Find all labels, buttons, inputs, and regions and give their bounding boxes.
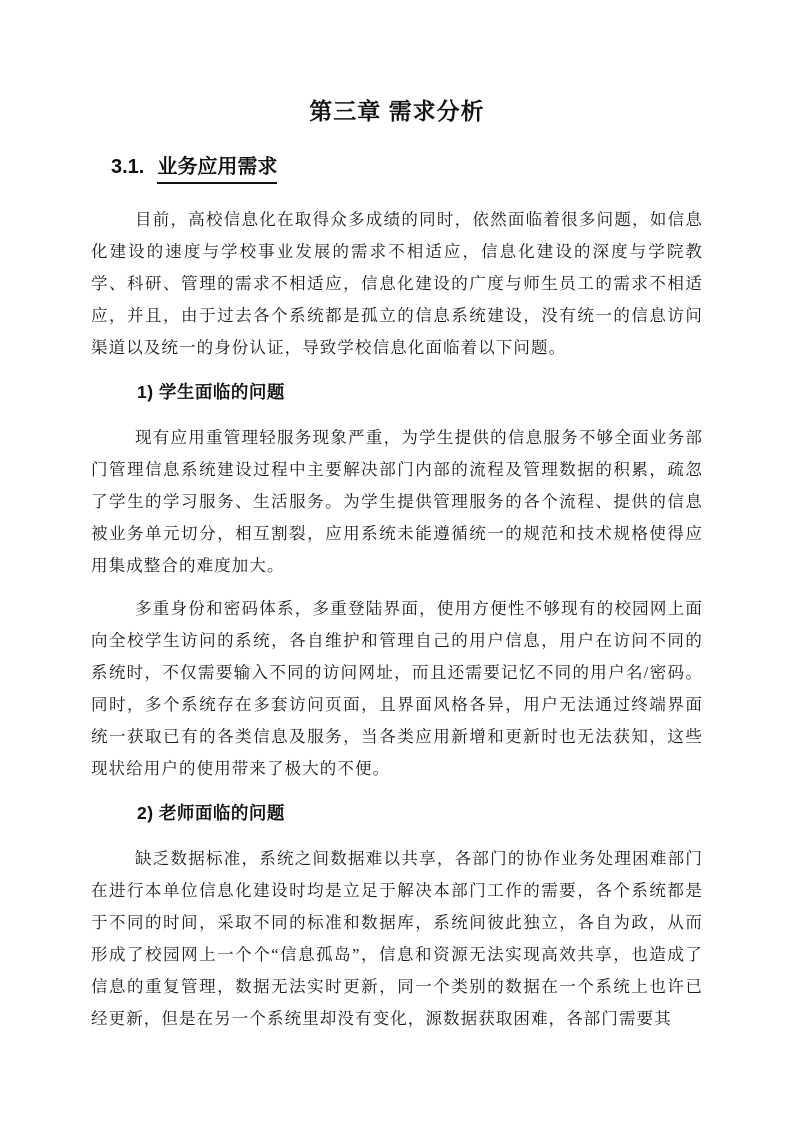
document-page: 第三章 需求分析 3.1. 业务应用需求 目前，高校信息化在取得众多成绩的同时，… (0, 0, 794, 1122)
subheading-teacher-problems: 2) 老师面临的问题 (91, 797, 703, 829)
section-title: 业务应用需求 (157, 153, 277, 184)
paragraph-student-2: 多重身份和密码体系，多重登陆界面，使用方便性不够现有的校园网上面向全校学生访问的… (91, 593, 703, 785)
section-number: 3.1. (111, 153, 144, 181)
chapter-title: 第三章 需求分析 (91, 96, 703, 126)
subheading-student-problems: 1) 学生面临的问题 (91, 376, 703, 408)
paragraph-intro: 目前，高校信息化在取得众多成绩的同时，依然面临着很多问题，如信息化建设的速度与学… (91, 204, 703, 364)
paragraph-teacher-1: 缺乏数据标准，系统之间数据难以共享，各部门的协作业务处理困难部门在进行本单位信息… (91, 843, 703, 1035)
section-heading: 3.1. 业务应用需求 (91, 153, 703, 184)
paragraph-student-1: 现有应用重管理轻服务现象严重，为学生提供的信息服务不够全面业务部门管理信息系统建… (91, 422, 703, 582)
